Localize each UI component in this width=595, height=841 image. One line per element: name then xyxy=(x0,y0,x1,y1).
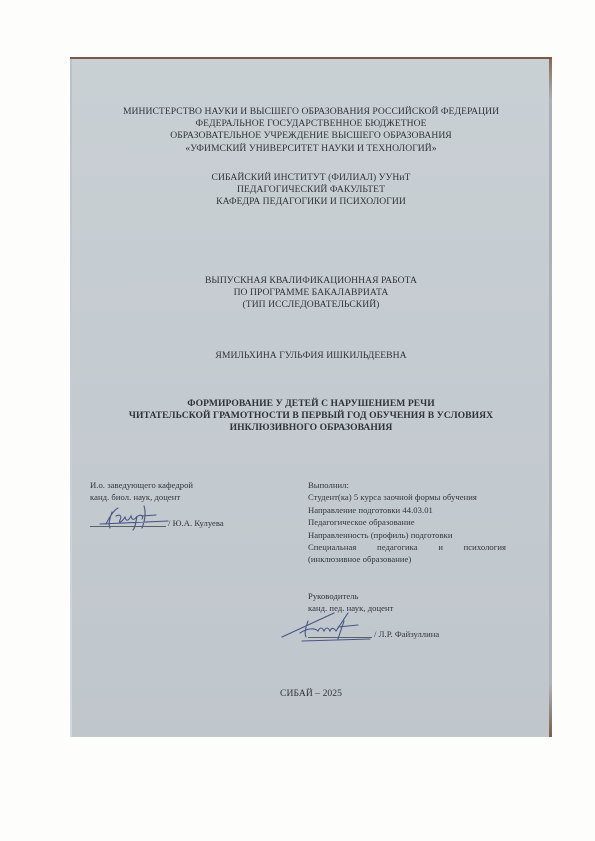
supervisor-label: Руководитель xyxy=(308,590,508,602)
ministry-header: МИНИСТЕРСТВО НАУКИ И ВЫСШЕГО ОБРАЗОВАНИЯ… xyxy=(70,106,552,155)
supervisor-signature-line xyxy=(308,636,372,638)
supervisor-name: / Л.Р. Файзуллина xyxy=(374,628,439,640)
ministry-line-1: МИНИСТЕРСТВО НАУКИ И ВЫСШЕГО ОБРАЗОВАНИЯ… xyxy=(70,106,552,118)
institute-line-2: ПЕДАГОГИЧЕСКИЙ ФАКУЛЬТЕТ xyxy=(70,184,552,196)
profile-word: Специальная xyxy=(308,541,356,553)
author-name: ЯМИЛЬХИНА ГУЛЬФИЯ ИШКИЛЬДЕЕВНА xyxy=(70,350,552,362)
ministry-line-4: «УФИМСКИЙ УНИВЕРСИТЕТ НАУКИ И ТЕХНОЛОГИЙ… xyxy=(70,143,552,155)
institute-header: СИБАЙСКИЙ ИНСТИТУТ (ФИЛИАЛ) УУНиТ ПЕДАГО… xyxy=(70,172,552,209)
ministry-line-3: ОБРАЗОВАТЕЛЬНОЕ УЧРЕЖДЕНИЕ ВЫСШЕГО ОБРАЗ… xyxy=(70,130,552,142)
city-year-text: СИБАЙ – 2025 xyxy=(70,688,552,700)
profile-word: и xyxy=(438,541,443,553)
thesis-title-line-1: ФОРМИРОВАНИЕ У ДЕТЕЙ С НАРУШЕНИЕМ РЕЧИ xyxy=(70,398,552,410)
head-degree: канд. биол. наук, доцент xyxy=(90,491,290,503)
performed-by-block: Выполнил: Студент(ка) 5 курса заочной фо… xyxy=(308,479,506,566)
direction-name: Педагогическое образование xyxy=(308,516,506,528)
supervisor-signature-row: / Л.Р. Файзуллина xyxy=(308,615,508,641)
direction-code: Направление подготовки 44.03.01 xyxy=(308,504,506,516)
city-year: СИБАЙ – 2025 xyxy=(70,688,552,700)
thesis-title-line-3: ИНКЛЮЗИВНОГО ОБРАЗОВАНИЯ xyxy=(70,422,552,434)
profile-word: психология xyxy=(464,541,506,553)
profile-name: Специальная педагогика и психология xyxy=(308,541,506,553)
institute-line-1: СИБАЙСКИЙ ИНСТИТУТ (ФИЛИАЛ) УУНиТ xyxy=(70,172,552,184)
paper-sheet: МИНИСТЕРСТВО НАУКИ И ВЫСШЕГО ОБРАЗОВАНИЯ… xyxy=(70,57,552,737)
ministry-line-2: ФЕДЕРАЛЬНОЕ ГОСУДАРСТВЕННОЕ БЮДЖЕТНОЕ xyxy=(70,118,552,130)
head-signature-icon xyxy=(98,502,172,532)
profile-suffix: (инклюзивное образование) xyxy=(308,553,506,565)
head-of-department-block: И.о. заведующего кафедрой канд. биол. на… xyxy=(90,479,290,530)
head-position: И.о. заведующего кафедрой xyxy=(90,479,290,491)
work-type-line-3: (ТИП ИССЛЕДОВАТЕЛЬСКИЙ) xyxy=(70,299,552,311)
author-block: ЯМИЛЬХИНА ГУЛЬФИЯ ИШКИЛЬДЕЕВНА xyxy=(70,350,552,362)
work-type-line-1: ВЫПУСКНАЯ КВАЛИФИКАЦИОННАЯ РАБОТА xyxy=(70,275,552,287)
profile-word: педагогика xyxy=(377,541,418,553)
work-type: ВЫПУСКНАЯ КВАЛИФИКАЦИОННАЯ РАБОТА ПО ПРО… xyxy=(70,275,552,312)
supervisor-degree: канд. пед. наук, доцент xyxy=(308,602,508,614)
student-info: Студент(ка) 5 курса заочной формы обучен… xyxy=(308,491,506,503)
thesis-title-line-2: ЧИТАТЕЛЬСКОЙ ГРАМОТНОСТИ В ПЕРВЫЙ ГОД ОБ… xyxy=(70,410,552,422)
institute-line-3: КАФЕДРА ПЕДАГОГИКИ И ПСИХОЛОГИИ xyxy=(70,196,552,208)
head-signature-row: / Ю.А. Кулуева xyxy=(90,504,290,530)
performed-by-label: Выполнил: xyxy=(308,479,506,491)
head-name: / Ю.А. Кулуева xyxy=(168,517,224,529)
work-type-line-2: ПО ПРОГРАММЕ БАКАЛАВРИАТА xyxy=(70,287,552,299)
profile-label: Направленность (профиль) подготовки xyxy=(308,529,506,541)
head-signature-line xyxy=(90,525,166,527)
supervisor-block: Руководитель канд. пед. наук, доцент / Л… xyxy=(308,590,508,641)
thesis-title: ФОРМИРОВАНИЕ У ДЕТЕЙ С НАРУШЕНИЕМ РЕЧИ Ч… xyxy=(70,398,552,435)
